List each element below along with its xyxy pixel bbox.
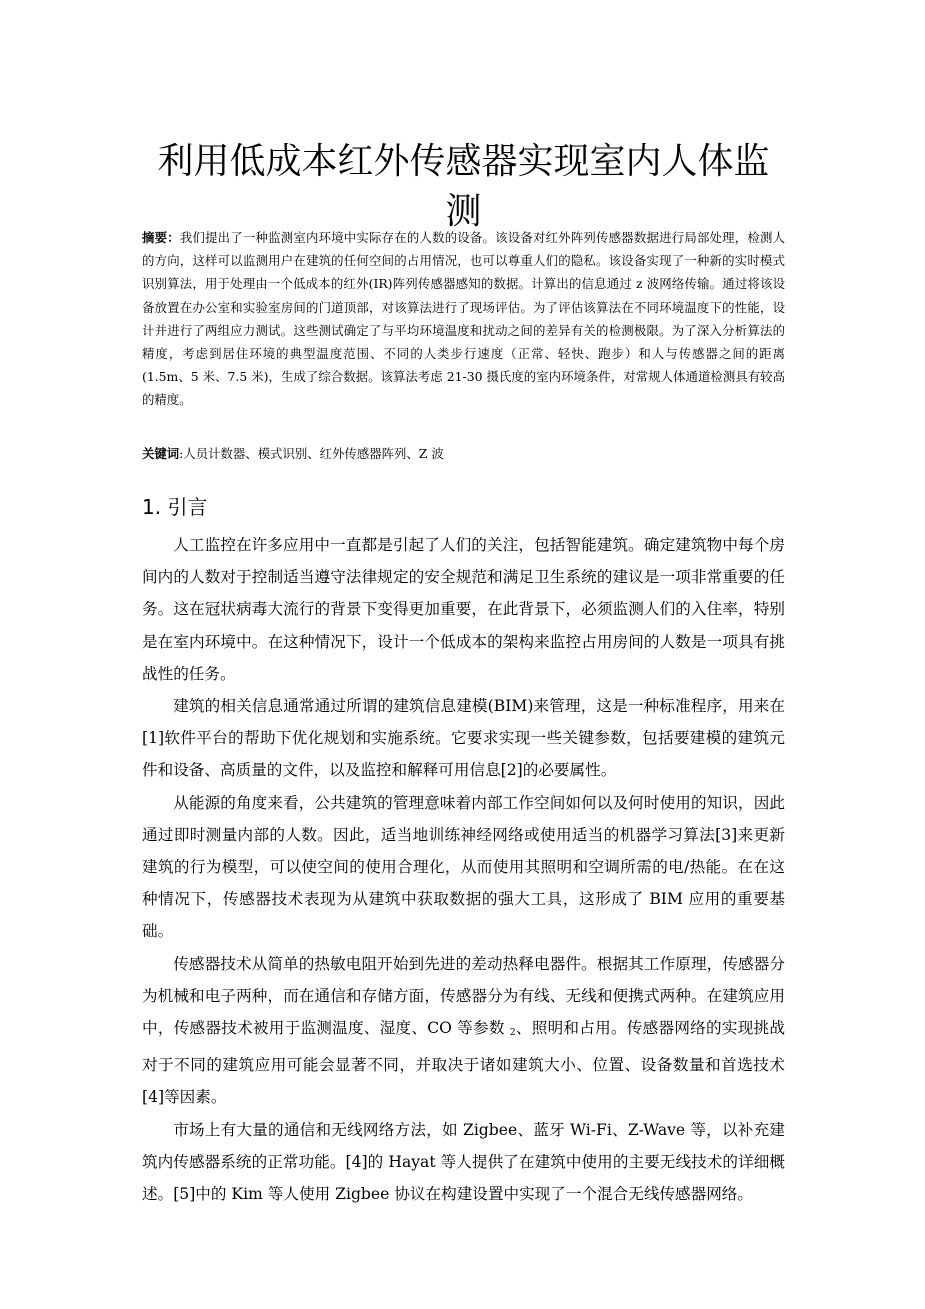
abstract-label: 摘要： (142, 230, 180, 245)
keywords: 关键词:人员计数器、模式识别、红外传感器阵列、Z 波 (142, 442, 785, 465)
section-body: 人工监控在许多应用中一直都是引起了人们的关注，包括智能建筑。确定建筑物中每个房间… (142, 529, 785, 1210)
paragraph: 市场上有大量的通信和无线网络方法，如 Zigbee、蓝牙 Wi-Fi、Z-Wav… (142, 1114, 785, 1211)
paragraph: 传感器技术从简单的热敏电阻开始到先进的差动热释电器件。根据其工作原理，传感器分为… (142, 948, 785, 1114)
paper-title: 利用低成本红外传感器实现室内人体监测 (142, 137, 785, 237)
paragraph: 从能源的角度来看，公共建筑的管理意味着内部工作空间如何以及何时使用的知识，因此通… (142, 787, 785, 948)
keywords-label: 关键词 (142, 446, 179, 461)
keywords-text: :人员计数器、模式识别、红外传感器阵列、Z 波 (179, 446, 444, 461)
paragraph: 人工监控在许多应用中一直都是引起了人们的关注，包括智能建筑。确定建筑物中每个房间… (142, 529, 785, 690)
abstract-text: 我们提出了一种监测室内环境中实际存在的人数的设备。该设备对红外阵列传感器数据进行… (142, 230, 785, 407)
abstract: 摘要：我们提出了一种监测室内环境中实际存在的人数的设备。该设备对红外阵列传感器数… (142, 226, 785, 412)
section-heading-introduction: 1. 引言 (142, 494, 207, 520)
paragraph: 建筑的相关信息通常通过所谓的建筑信息建模(BIM)来管理，这是一种标准程序，用来… (142, 690, 785, 787)
